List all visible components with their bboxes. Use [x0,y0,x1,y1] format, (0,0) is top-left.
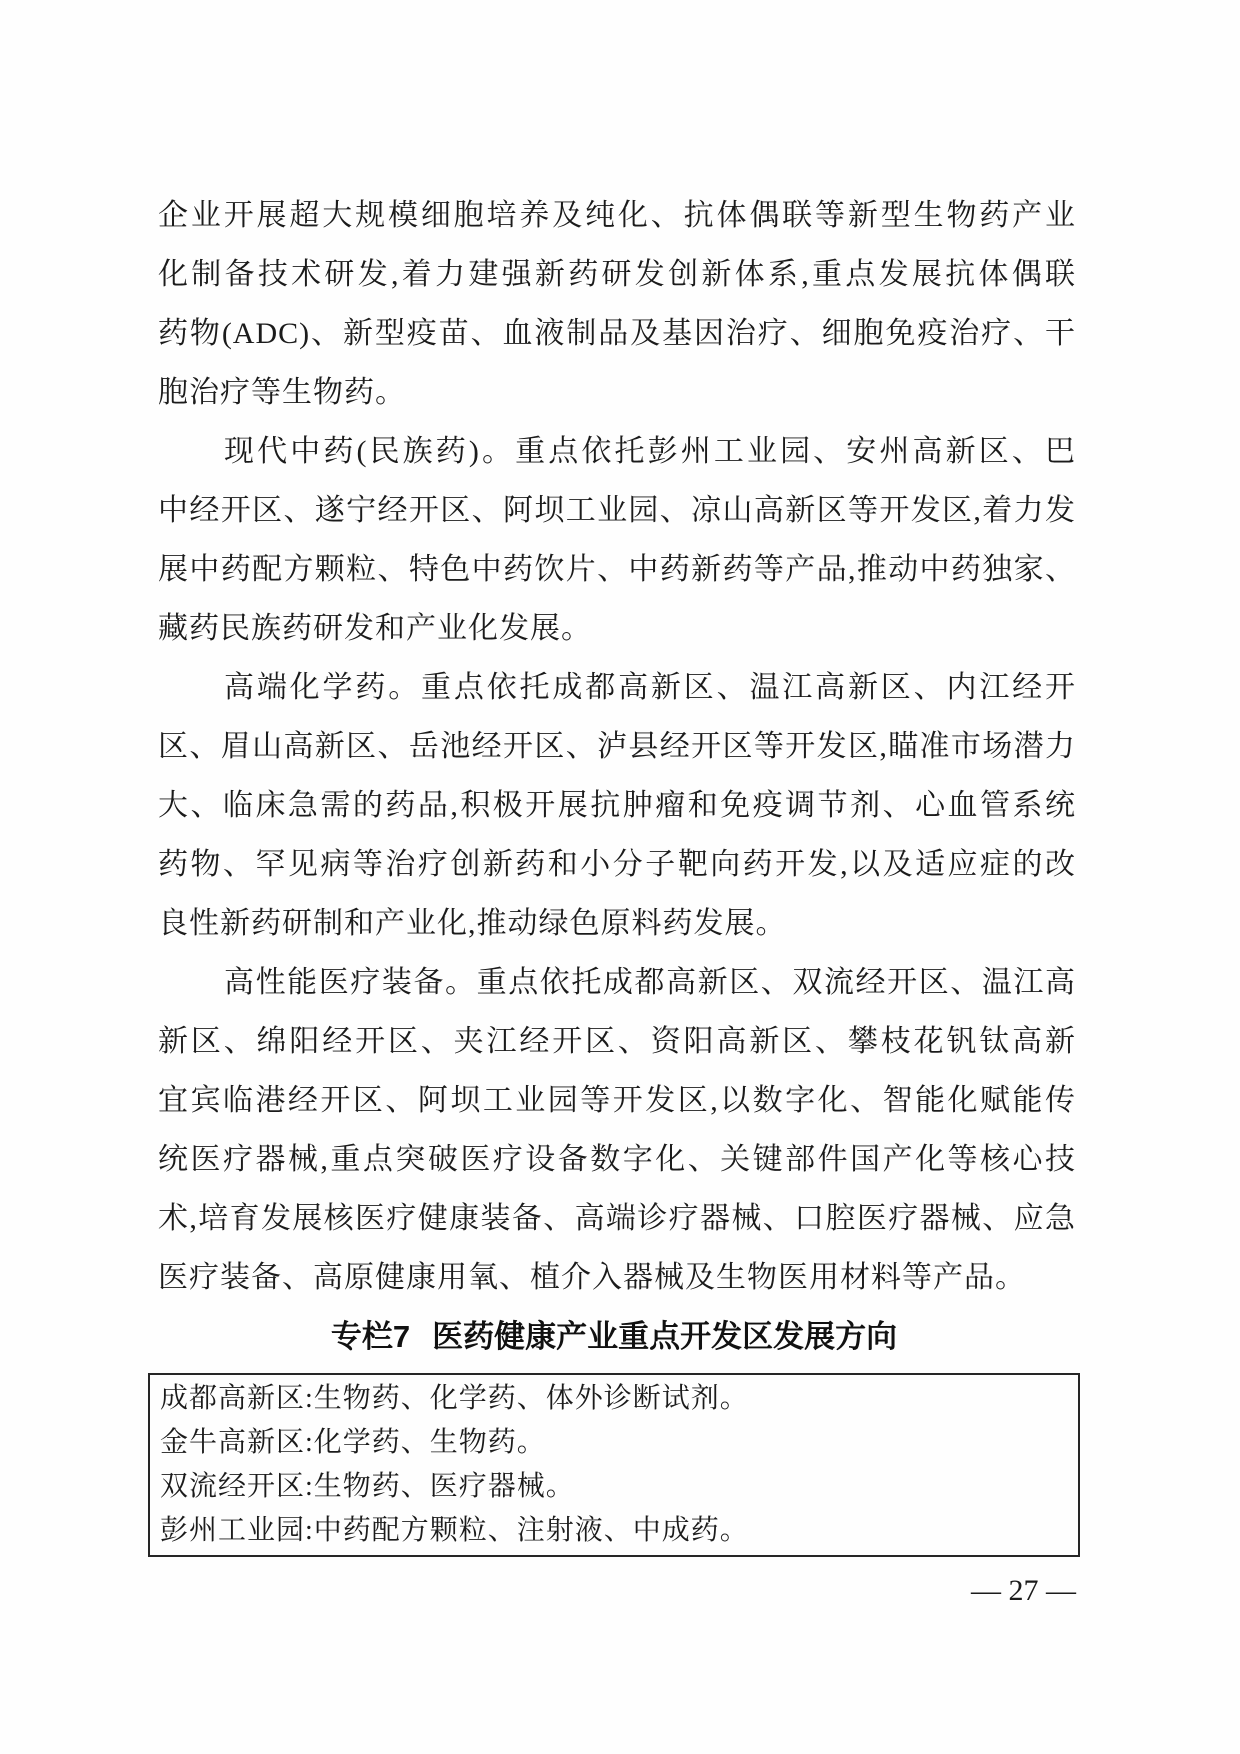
text-line: 区、眉山高新区、岳池经开区、泸县经开区等开发区,瞄准市场潜力 [158,717,1076,776]
paragraph-modern-tcm: 现代中药(民族药)。重点依托彭州工业园、安州高新区、巴中经开区、遂宁经开区、阿坝… [158,422,1076,658]
text-line: 藏药民族药研发和产业化发展。 [158,599,1076,658]
text-line: 高端化学药。重点依托成都高新区、温江高新区、内江经开 [158,658,1076,717]
box-heading-label: 专栏7 [331,1319,410,1354]
body-paragraphs: 企业开展超大规模细胞培养及纯化、抗体偶联等新型生物药产业化制备技术研发,着力建强… [148,186,1080,1307]
info-box-line: 彭州工业园:中药配方颗粒、注射液、中成药。 [160,1509,1068,1553]
document-page: 企业开展超大规模细胞培养及纯化、抗体偶联等新型生物药产业化制备技术研发,着力建强… [0,0,1240,1754]
box-heading-title: 医药健康产业重点开发区发展方向 [432,1319,897,1354]
paragraph-biopharma-continued: 企业开展超大规模细胞培养及纯化、抗体偶联等新型生物药产业化制备技术研发,着力建强… [158,186,1076,422]
text-line: 化制备技术研发,着力建强新药研发创新体系,重点发展抗体偶联 [158,245,1076,304]
text-line: 新区、绵阳经开区、夹江经开区、资阳高新区、攀枝花钒钛高新区、 [158,1012,1076,1071]
text-column: 企业开展超大规模细胞培养及纯化、抗体偶联等新型生物药产业化制备技术研发,着力建强… [148,186,1080,1613]
paragraph-high-performance-medical-equipment: 高性能医疗装备。重点依托成都高新区、双流经开区、温江高新区、绵阳经开区、夹江经开… [158,953,1076,1307]
text-line: 药物、罕见病等治疗创新药和小分子靶向药开发,以及适应症的改 [158,835,1076,894]
info-box-list: 成都高新区:生物药、化学药、体外诊断试剂。金牛高新区:化学药、生物药。双流经开区… [160,1377,1068,1553]
text-line: 术,培育发展核医疗健康装备、高端诊疗器械、口腔医疗器械、应急 [158,1189,1076,1248]
paragraph-high-end-chemical-pharma: 高端化学药。重点依托成都高新区、温江高新区、内江经开区、眉山高新区、岳池经开区、… [158,658,1076,953]
text-line: 胞治疗等生物药。 [158,363,1076,422]
text-line: 宜宾临港经开区、阿坝工业园等开发区,以数字化、智能化赋能传 [158,1071,1076,1130]
text-line: 现代中药(民族药)。重点依托彭州工业园、安州高新区、巴 [158,422,1076,481]
box-heading: 专栏7医药健康产业重点开发区发展方向 [148,1307,1080,1366]
text-line: 良性新药研制和产业化,推动绿色原料药发展。 [158,894,1076,953]
info-box-line: 成都高新区:生物药、化学药、体外诊断试剂。 [160,1377,1068,1421]
page-number: — 27 — [148,1569,1080,1613]
text-line: 大、临床急需的药品,积极开展抗肿瘤和免疫调节剂、心血管系统 [158,776,1076,835]
text-line: 医疗装备、高原健康用氧、植介入器械及生物医用材料等产品。 [158,1248,1076,1307]
text-line: 中经开区、遂宁经开区、阿坝工业园、凉山高新区等开发区,着力发 [158,481,1076,540]
text-line: 企业开展超大规模细胞培养及纯化、抗体偶联等新型生物药产业 [158,186,1076,245]
text-line: 高性能医疗装备。重点依托成都高新区、双流经开区、温江高 [158,953,1076,1012]
text-line: 展中药配方颗粒、特色中药饮片、中药新药等产品,推动中药独家、 [158,540,1076,599]
info-box-line: 金牛高新区:化学药、生物药。 [160,1421,1068,1465]
info-box-line: 双流经开区:生物药、医疗器械。 [160,1465,1068,1509]
info-box: 成都高新区:生物药、化学药、体外诊断试剂。金牛高新区:化学药、生物药。双流经开区… [148,1373,1080,1557]
text-line: 药物(ADC)、新型疫苗、血液制品及基因治疗、细胞免疫治疗、干细 [158,304,1076,363]
text-line: 统医疗器械,重点突破医疗设备数字化、关键部件国产化等核心技 [158,1130,1076,1189]
